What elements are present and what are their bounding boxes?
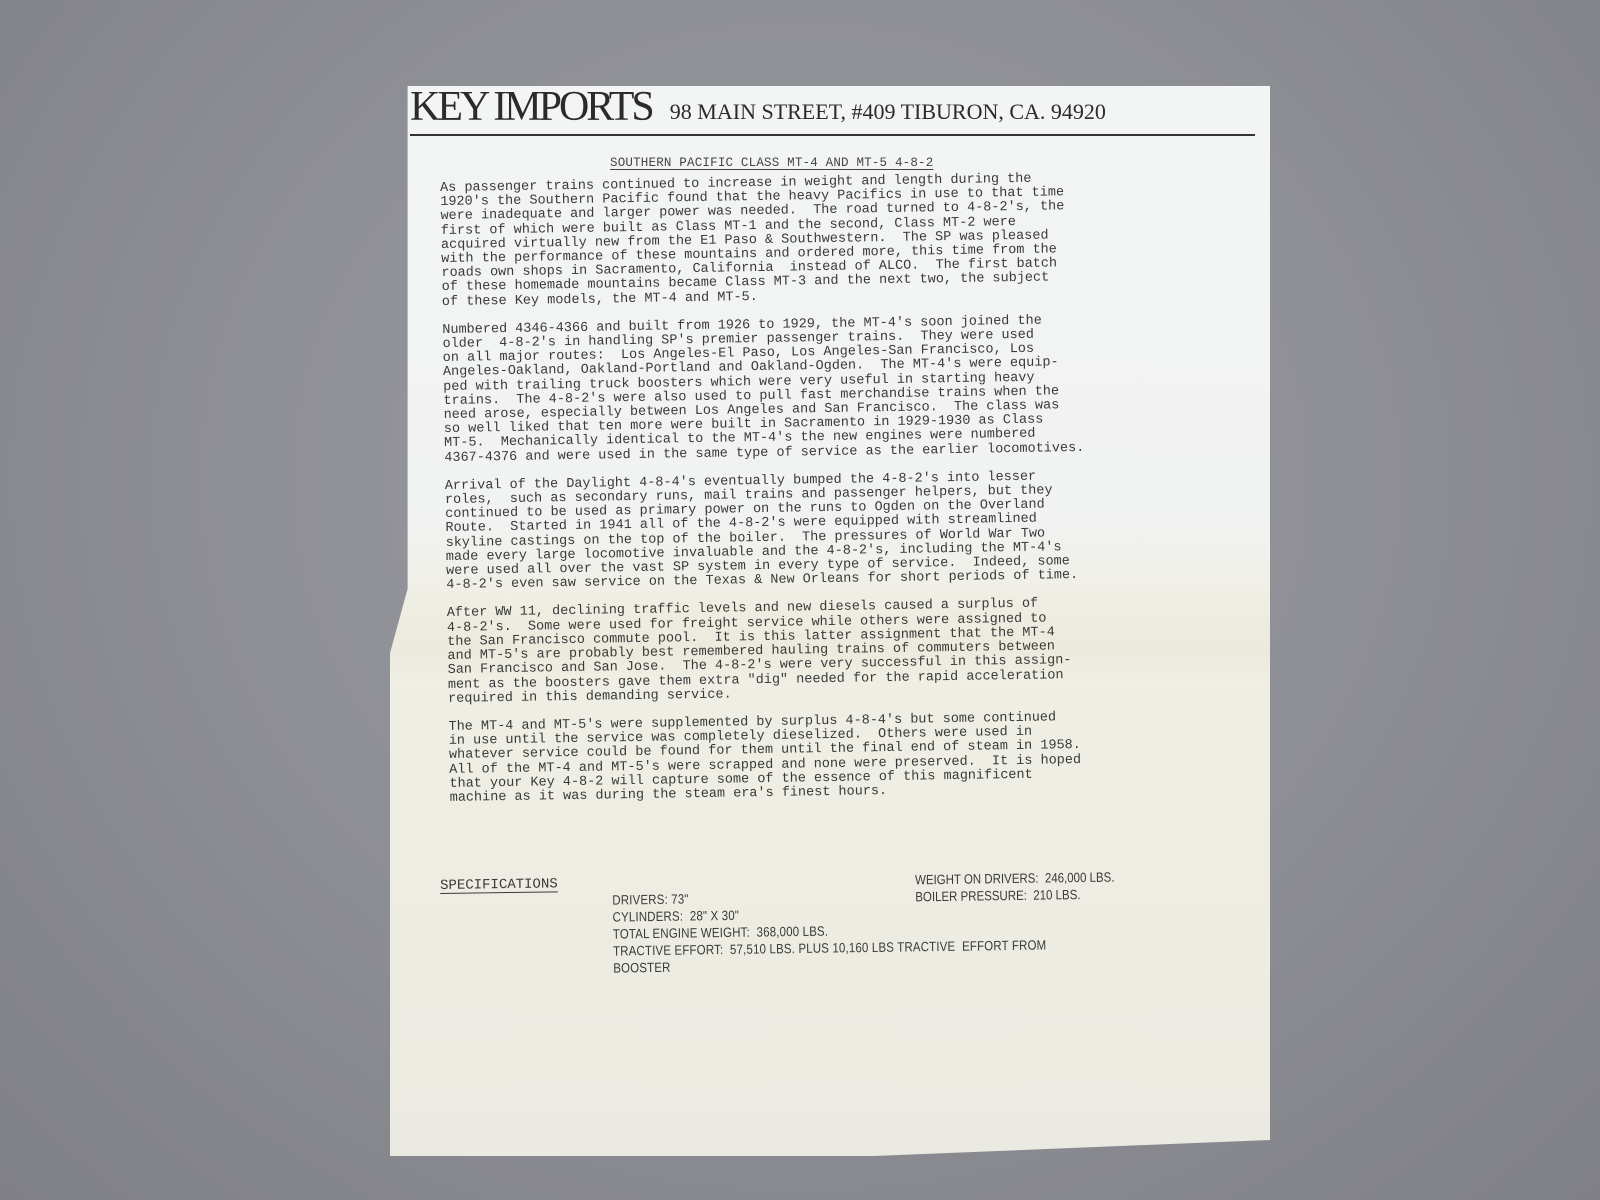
body-paragraph: Numbered 4346-4366 and built from 1926 t… (442, 311, 1234, 465)
document-title: SOUTHERN PACIFIC CLASS MT-4 AND MT-5 4-8… (610, 156, 933, 170)
body-paragraph: After WW 11, declining traffic levels an… (447, 595, 1238, 707)
letterhead: KEY IMPORTS 98 MAIN STREET, #409 TIBURON… (410, 86, 1255, 136)
company-address: 98 MAIN STREET, #409 TIBURON, CA. 94920 (670, 99, 1106, 128)
specifications-section: SPECIFICATIONS DRIVERS: 73"CYLINDERS: 28… (440, 867, 1231, 988)
body-paragraph: The MT-4 and MT-5's were supplemented by… (448, 708, 1239, 806)
product-info-sheet: KEY IMPORTS 98 MAIN STREET, #409 TIBURON… (390, 86, 1270, 1156)
document-body: As passenger trains continued to increas… (440, 170, 1240, 820)
specifications-list-right: WEIGHT ON DRIVERS: 246,000 LBS.BOILER PR… (915, 869, 1115, 906)
brand-logo: KEY IMPORTS (410, 86, 652, 128)
specifications-heading: SPECIFICATIONS (440, 876, 558, 894)
spec-item: WEIGHT ON DRIVERS: 246,000 LBS. (915, 869, 1115, 889)
body-paragraph: As passenger trains continued to increas… (440, 170, 1232, 310)
body-paragraph: Arrival of the Daylight 4-8-4's eventual… (445, 467, 1237, 593)
spec-item: BOILER PRESSURE: 210 LBS. (915, 886, 1115, 906)
